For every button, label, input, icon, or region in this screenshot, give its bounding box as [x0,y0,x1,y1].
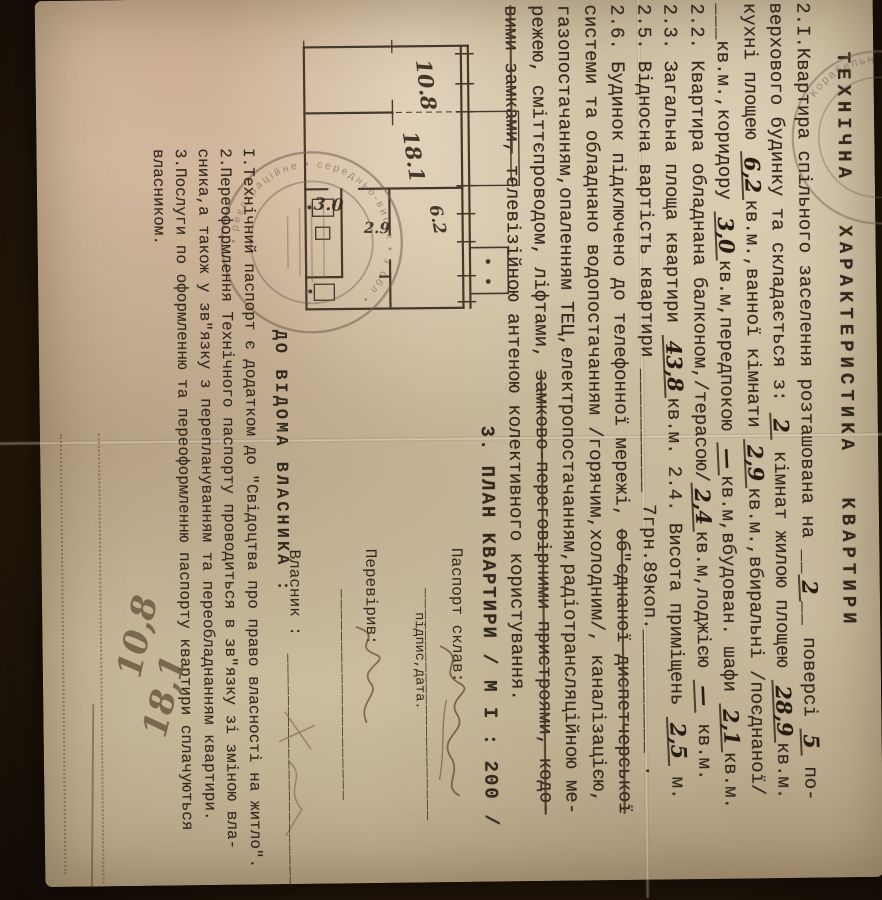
handwritten-value: 3,0 [714,211,736,260]
typed-text: . [640,753,662,776]
typed-text: кімнат жилою площею [769,439,794,679]
handwritten-value: 2 [798,574,819,602]
typed-text: 2.3. Загальна площа квартири [659,3,684,334]
typed-text: 7грн.89коп. [637,493,660,630]
typed-text: кв.м.,коридору [712,40,736,211]
owner-notice-block: І.Технічний паспорт є додатком до "Свідо… [146,148,266,869]
fold-dotted-line [60,434,67,874]
typed-text: кв.м. [773,742,796,799]
signature-scribble [269,701,331,852]
owner-notice-heading: ДО ВІДОМА ВЛАСНИКА : [270,330,292,594]
struck-text: об"єднаної диспетчерської [611,528,636,813]
signature-scribble [428,640,482,801]
handwritten-value: — [717,442,738,476]
handwritten-value: 28,9 [772,679,795,743]
typed-text: кв.м,лоджією [691,531,715,679]
signature-scribble [344,619,393,739]
typed-text: кв.м.,ванної кімнати [740,199,765,439]
photo-frame: ТЕХНІЧНА ХАРАКТЕРИСТИКА КВАРТИРИ Корабел… [0,0,882,900]
signature-sublabel: підпис,дата. [411,612,427,709]
handwritten-value: 2 [770,412,791,440]
handwritten-value: 2,4 [691,482,713,531]
blank-underline: __________ [636,369,659,493]
typed-text: кв.м. [720,752,743,809]
struck-text: замково-переговірними пристроями, кодо- [530,370,557,815]
handwritten-value: 5 [799,728,820,756]
blank-underline: ___ [712,3,734,40]
typed-text: поверсі [798,626,821,729]
plan-room1-area: 10.8 [411,58,442,112]
typed-text: 2.2. Квартира обладнана балконом,/терасо… [685,3,712,482]
handwritten-value: 6,2 [740,151,762,200]
handwritten-value: 2,1 [719,703,741,752]
typed-text: 2.6. Будинок підключено до телефонної ме… [606,4,633,529]
document-content: ТЕХНІЧНА ХАРАКТЕРИСТИКА КВАРТИРИ Корабел… [0,0,882,900]
blank-underline: __ [798,601,820,626]
handwritten-value: 2,5 [666,716,688,765]
crease-shadow [91,704,94,889]
typed-text: кв.м,вбудован. шафи [717,475,741,703]
plan-kitchen-area: 6.2 [425,203,450,236]
typed-text: кв.м,передпокою [715,260,739,443]
fold-dotted-line [98,434,105,884]
typed-text: по- [799,755,821,801]
rotated-document: ТЕХНІЧНА ХАРАКТЕРИСТИКА КВАРТИРИ Корабел… [0,0,882,900]
typed-text: кв.м. [693,712,716,781]
typed-text: 2.І.Квартира спільного заселення розташо… [791,2,819,549]
typed-text: м. [667,765,689,799]
typed-text: 2.5. Відносна вартість квартири [632,4,658,369]
typed-text: кв.м.,вбиральні /поєднаної/ [743,487,768,795]
handwritten-value: — [693,678,714,712]
typed-text: кв.м. 2.4. Висота приміщень [663,397,688,716]
blank-underline: __________ [639,629,662,753]
handwritten-value: 43,8 [662,334,685,398]
typed-text: кухні площею [738,3,762,151]
typed-text: верхового будинку та складається з: [765,2,791,413]
handwritten-value: 2,9 [743,439,765,488]
blank-underline: __ [797,549,819,574]
